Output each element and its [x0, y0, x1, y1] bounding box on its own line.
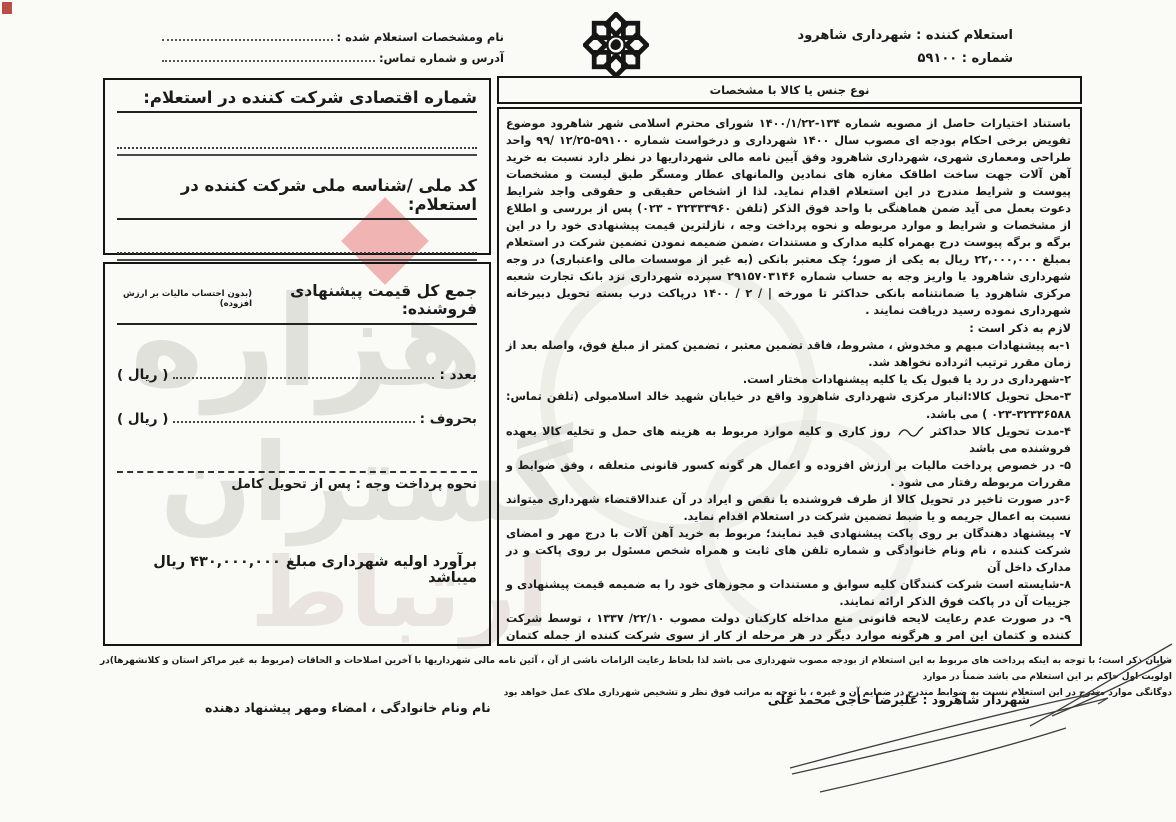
handwritten-signature — [700, 640, 1176, 810]
note-4: ۴-مدت تحویل کالا حداکثرروز کاری و کلیه م… — [506, 423, 1071, 457]
total-price-subnote: (بدون احتساب مالیات بر ارزش افزوده) — [117, 289, 252, 309]
in-words-label: بحروف : — [420, 411, 477, 427]
form-number: شماره : ۵۹۱۰۰ — [798, 47, 1013, 70]
municipality-logo — [583, 12, 649, 78]
in-digits-unit: ( ریال ) — [117, 367, 168, 383]
header-requester-block: استعلام کننده : شهرداری شاهرود شماره : ۵… — [798, 24, 1013, 70]
amount-in-words-row: بحروف : ( ریال ) — [117, 411, 477, 427]
in-digits-blank — [173, 373, 434, 379]
note-6: ۶-در صورت تاخیر در تحویل کالا از طرف فرو… — [506, 491, 1071, 525]
scanned-inquiry-form: هزاره گستران ارتباط استعلام کننده : شهرد… — [0, 0, 1176, 822]
national-id-label: کد ملی /شناسه ملی شرکت کننده در استعلام: — [117, 176, 477, 220]
in-words-unit: ( ریال ) — [117, 411, 168, 427]
in-words-blank — [173, 417, 414, 423]
total-price-label: جمع کل قیمت پیشنهادی فروشنده: — [257, 282, 477, 318]
conditions-box: باستناد اختیارات حاصل از مصوبه شماره ۱۳۴… — [497, 107, 1082, 646]
estimate-line: برآورد اولیه شهرداری مبلغ ۴۳۰,۰۰۰,۰۰۰ ری… — [117, 554, 477, 586]
scan-corner-mark — [2, 2, 12, 14]
contact-label: آدرس و شماره تماس: — [379, 51, 504, 65]
note-8: ۸-شایسته است شرکت کنندگان کلیه سوابق و م… — [506, 576, 1071, 610]
note-5: ۵- در خصوص پرداخت مالیات بر ارزش افزوده … — [506, 457, 1071, 491]
inquired-name-label: نام ومشخصات استعلام شده : — [337, 30, 504, 44]
note-2: ۲-شهرداری در رد یا قبول یک یا کلیه پیشنه… — [506, 371, 1071, 388]
economic-code-label: شماره اقتصادی شرکت کننده در استعلام: — [117, 88, 477, 113]
requester-label: استعلام کننده : شهرداری شاهرود — [798, 24, 1013, 47]
national-id-blank — [117, 252, 477, 261]
inquired-name-blank — [162, 35, 333, 41]
amount-in-digits-row: بعدد : ( ریال ) — [117, 367, 477, 383]
goods-type-header: نوع جنس یا کالا با مشخصات — [497, 76, 1082, 104]
goods-type-title: نوع جنس یا کالا با مشخصات — [710, 83, 870, 97]
handwritten-days-mark — [897, 425, 925, 438]
note-7: ۷- پیشنهاد دهندگان بر روی پاکت پیشنهادی … — [506, 525, 1071, 576]
notes-heading: لازم به ذکر است : — [506, 319, 1071, 337]
total-price-title-row: جمع کل قیمت پیشنهادی فروشنده: (بدون احتس… — [117, 282, 477, 325]
in-digits-label: بعدد : — [439, 367, 477, 383]
header-inquired-block: نام ومشخصات استعلام شده : آدرس و شماره ت… — [162, 30, 504, 72]
note-1: ۱-به پیشنهادات مبهم و مخدوش ، مشروط، فاق… — [506, 337, 1071, 371]
contact-blank — [162, 56, 375, 62]
payment-method-line: نحوه پرداخت وجه : پس از تحویل کامل — [117, 477, 477, 492]
price-offer-box: جمع کل قیمت پیشنهادی فروشنده: (بدون احتس… — [103, 262, 491, 646]
intro-paragraph: باستناد اختیارات حاصل از مصوبه شماره ۱۳۴… — [506, 115, 1071, 319]
section-divider — [117, 471, 477, 473]
bidder-signature-label: نام ونام خانوادگی ، امضاء ومهر پیشنهاد د… — [205, 700, 491, 715]
economic-code-blank — [117, 147, 477, 156]
participant-ids-box: شماره اقتصادی شرکت کننده در استعلام: کد … — [103, 78, 491, 255]
note-3: ۳-محل تحویل کالا:انبار مرکزی شهرداری شاه… — [506, 388, 1071, 422]
note-4-prefix: ۴-مدت تحویل کالا حداکثر — [931, 425, 1072, 438]
